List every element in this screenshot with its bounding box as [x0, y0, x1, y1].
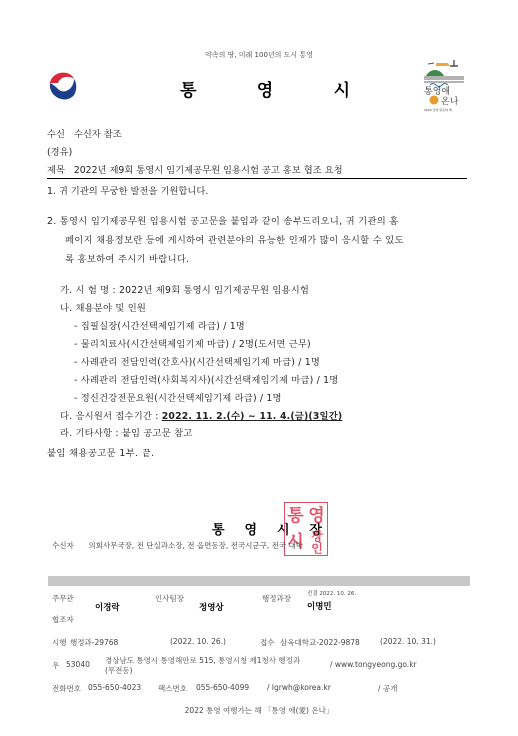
fax-number: 055-650-4099	[196, 683, 249, 692]
enforcement-label: 시행	[52, 637, 67, 648]
postal-label: 우	[52, 660, 59, 671]
document-title: 통 영 시	[180, 76, 350, 101]
title-char: 영	[257, 76, 273, 101]
position-item: - 사례관리 전담인력(사회복지사)(시간선택제임기제 마급) / 1명	[74, 372, 338, 386]
city-emblem-icon	[46, 67, 78, 105]
item-other-notes: 라. 기타사항 : 붙임 공고문 참고	[60, 425, 192, 439]
recipients-list: 수신자 의회사무국장, 전 단실과소장, 전 읍면동장, 전국시군구, 전국 대…	[52, 540, 303, 551]
email-link[interactable]: / lgrwh@korea.kr	[267, 683, 331, 692]
recipients-label: 수신자	[52, 540, 86, 551]
sender-char: 통	[212, 519, 225, 538]
tour-logo-caption: 2022 통영 방문의 해	[424, 107, 452, 112]
via-row: (경유)	[47, 144, 72, 158]
subject-label: 제목	[47, 165, 65, 176]
position-item: - 집필실장(시간선택제임기제 라급) / 1명	[74, 318, 245, 332]
reviewer-label: 인사팀장	[155, 593, 184, 604]
phone-label: 전화번호	[52, 683, 81, 694]
approver-date: 전결 2022. 10. 26.	[307, 589, 356, 597]
fax-label: 팩스번호	[158, 683, 187, 694]
disclosure-status: / 공개	[378, 683, 397, 694]
seal-char: 통	[285, 503, 306, 529]
item-positions-heading: 나. 채용분야 및 인원	[60, 300, 146, 314]
approver-name: 이명민	[307, 600, 332, 612]
item-exam-name: 가. 시 험 명 : 2022년 제9회 통영시 임기제공무원 임용시험	[60, 282, 309, 296]
recipient-value: 수신자 참조	[74, 129, 122, 140]
address-line-2: (무전동)	[105, 665, 133, 676]
attachment-line: 붙임 채용공고문 1부. 끝.	[47, 445, 155, 459]
drafter-name: 이경락	[95, 601, 120, 613]
position-item: - 사례관리 전담인력(간호사)(시간선택제임기제 마급) / 1명	[74, 354, 320, 368]
bottom-slogan: 2022 통영 여행가는 해 「통영 애(愛) 온나」	[0, 705, 518, 716]
seal-char: 장인	[306, 529, 327, 555]
application-period-label: 다. 응시원서 접수기간 :	[60, 411, 162, 422]
enforcement-number: 행정과-29768	[70, 637, 118, 648]
recipient-row: 수신 수신자 참조	[47, 126, 122, 140]
svg-text:통영애: 통영애	[424, 85, 450, 97]
cooperator-label: 협조자	[52, 614, 74, 625]
sender-char: 영	[244, 519, 257, 538]
title-char: 시	[334, 76, 350, 101]
position-item: - 정신건강전문요원(시간선택제임기제 라급) / 1명	[74, 390, 282, 404]
tour-year-logo-icon: 통영애 온나 2022 통영 방문의 해	[414, 58, 472, 114]
phone-number: 055-650-4023	[88, 683, 141, 692]
address-line-1: 경상남도 통영시 통영해안로 515, 통영시청 제1청사 행정과	[105, 655, 300, 666]
recipient-label: 수신	[47, 129, 65, 140]
seal-char: 영	[306, 503, 327, 529]
website-link[interactable]: / www.tongyeong.go.kr	[330, 660, 417, 669]
recipients-value: 의회사무국장, 전 단실과소장, 전 읍면동장, 전국시군구, 전국 대학	[88, 541, 303, 550]
position-item: - 물리치료사(시간선택제임기제 마급) / 2명(도서면 근무)	[74, 336, 311, 350]
paragraph-2-line: 록 홍보하여 주시기 바랍니다.	[47, 250, 472, 269]
approval-divider-bar	[48, 576, 470, 586]
enforcement-date: (2022. 10. 26.)	[170, 637, 226, 646]
subject-value: 2022년 제9회 통영시 임기제공무원 임용시험 공고 홍보 협조 요청	[74, 165, 343, 176]
paragraph-1: 1. 귀 기관의 무궁한 발전을 기원합니다.	[47, 183, 208, 197]
reviewer-name: 정영상	[199, 601, 224, 613]
receipt-number: 삼육대학교-2022-9878	[280, 637, 360, 648]
paragraph-2-line: 페이지 채용정보란 등에 게시하여 관련분야의 유능한 인재가 많이 응시할 수…	[47, 231, 472, 250]
subject-row: 제목 2022년 제9회 통영시 임기제공무원 임용시험 공고 홍보 협조 요청	[47, 162, 467, 179]
paragraph-2-line: 2. 통영시 임기제공무원 임용시험 공고문을 붙임과 같이 송부드리오니, 귀…	[47, 212, 472, 231]
application-period-value: 2022. 11. 2.(수) ~ 11. 4.(금)(3일간)	[162, 411, 343, 422]
title-char: 통	[180, 76, 196, 101]
receipt-label: 접수	[260, 637, 275, 648]
postal-code: 53040	[66, 660, 90, 669]
svg-text:온나: 온나	[441, 95, 459, 107]
receipt-date: (2022. 10. 31.)	[380, 637, 436, 646]
item-application-period: 다. 응시원서 접수기간 : 2022. 11. 2.(수) ~ 11. 4.(…	[60, 408, 342, 422]
drafter-label: 주무관	[52, 593, 74, 604]
paragraph-2: 2. 통영시 임기제공무원 임용시험 공고문을 붙임과 같이 송부드리오니, 귀…	[47, 212, 472, 269]
approver-label: 행정과장	[262, 593, 291, 604]
